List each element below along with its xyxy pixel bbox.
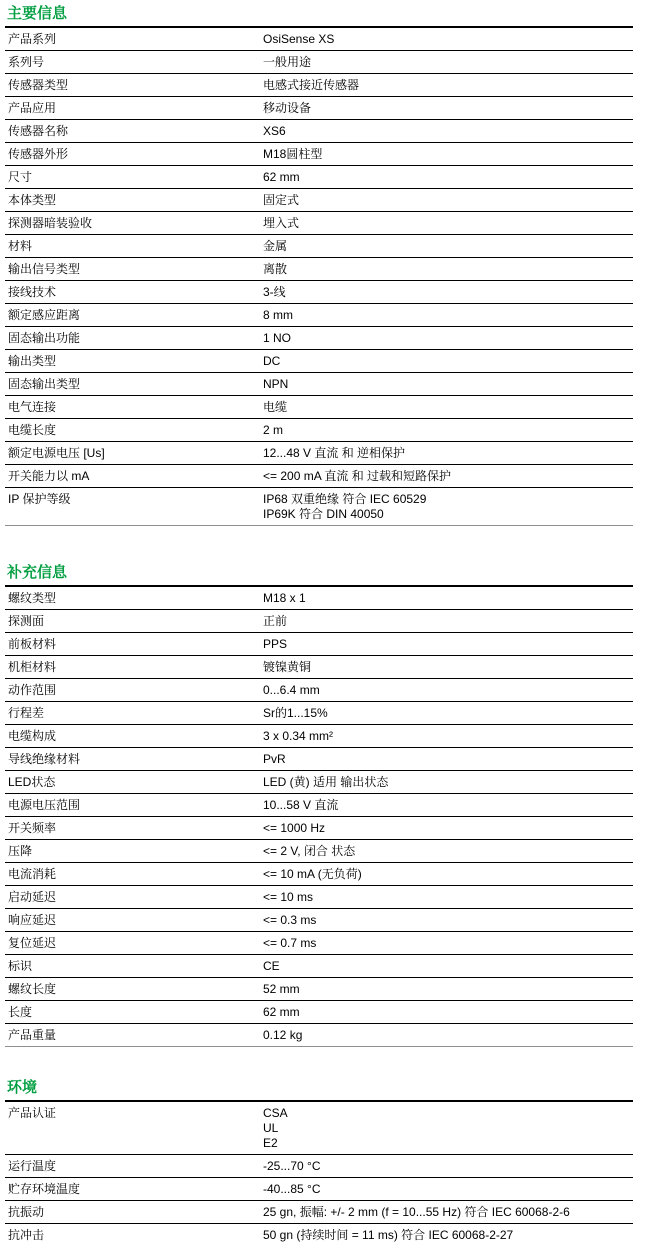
table-row: 动作范围0...6.4 mm: [5, 679, 633, 702]
spec-label: 电缆构成: [5, 725, 263, 748]
spec-label: 固态输出类型: [5, 373, 263, 396]
spec-label: 电缆长度: [5, 419, 263, 442]
table-row: 电气连接电缆: [5, 396, 633, 419]
spec-label: 额定感应距离: [5, 304, 263, 327]
spec-label: 标识: [5, 955, 263, 978]
table-row: 电流消耗<= 10 mA (无负荷): [5, 863, 633, 886]
spec-label: 导线绝缘材料: [5, 748, 263, 771]
spec-label: 前板材料: [5, 633, 263, 656]
spec-label: 输出信号类型: [5, 258, 263, 281]
section-main-info: 主要信息 产品系列OsiSense XS系列号一般用途传感器类型电感式接近传感器…: [5, 5, 633, 526]
spec-value: 0.12 kg: [263, 1024, 633, 1047]
spec-value: 3 x 0.34 mm²: [263, 725, 633, 748]
spec-label: 长度: [5, 1001, 263, 1024]
table-row: 传感器外形M18圆柱型: [5, 143, 633, 166]
spec-value: NPN: [263, 373, 633, 396]
spec-label: 传感器外形: [5, 143, 263, 166]
spec-value: IP68 双重绝缘 符合 IEC 60529 IP69K 符合 DIN 4005…: [263, 488, 633, 526]
section-environment: 环境 产品认证CSA UL E2运行温度-25...70 °C贮存环境温度-40…: [5, 1079, 633, 1246]
spec-value: <= 10 mA (无负荷): [263, 863, 633, 886]
spec-value: 埋入式: [263, 212, 633, 235]
spec-label: 压降: [5, 840, 263, 863]
table-row: 螺纹类型M18 x 1: [5, 587, 633, 610]
section-title-supplementary-info: 补充信息: [5, 564, 633, 587]
table-row: 材料金属: [5, 235, 633, 258]
table-row: LED状态LED (黄) 适用 输出状态: [5, 771, 633, 794]
spec-label: 探测器暗装验收: [5, 212, 263, 235]
table-row: 压降<= 2 V, 闭合 状态: [5, 840, 633, 863]
table-row: 电缆构成3 x 0.34 mm²: [5, 725, 633, 748]
spec-label: 电源电压范围: [5, 794, 263, 817]
table-row: 系列号一般用途: [5, 51, 633, 74]
section-title-environment: 环境: [5, 1079, 633, 1102]
spec-value: 50 gn (持续时间 = 11 ms) 符合 IEC 60068-2-27: [263, 1224, 633, 1247]
spec-value: 镀镍黄铜: [263, 656, 633, 679]
spec-label: 行程差: [5, 702, 263, 725]
spec-label: 抗冲击: [5, 1224, 263, 1247]
spec-label: 运行温度: [5, 1155, 263, 1178]
spec-label: 开关频率: [5, 817, 263, 840]
table-row: 螺纹长度52 mm: [5, 978, 633, 1001]
spec-label: 螺纹类型: [5, 587, 263, 610]
spec-table-environment: 产品认证CSA UL E2运行温度-25...70 °C贮存环境温度-40...…: [5, 1102, 633, 1246]
table-row: 抗振动25 gn, 振幅: +/- 2 mm (f = 10...55 Hz) …: [5, 1201, 633, 1224]
spec-value: DC: [263, 350, 633, 373]
spec-label: 材料: [5, 235, 263, 258]
spec-label: 产品重量: [5, 1024, 263, 1047]
section-title-main-info: 主要信息: [5, 5, 633, 28]
spec-label: 传感器类型: [5, 74, 263, 97]
spec-value: 2 m: [263, 419, 633, 442]
table-row: 探测面正前: [5, 610, 633, 633]
spec-value: CE: [263, 955, 633, 978]
spec-value: PPS: [263, 633, 633, 656]
spec-label: 本体类型: [5, 189, 263, 212]
table-row: 产品系列OsiSense XS: [5, 28, 633, 51]
table-row: 启动延迟<= 10 ms: [5, 886, 633, 909]
spec-value: 金属: [263, 235, 633, 258]
spec-value: 12...48 V 直流 和 逆相保护: [263, 442, 633, 465]
spec-value: 移动设备: [263, 97, 633, 120]
spec-label: 动作范围: [5, 679, 263, 702]
spec-value: <= 0.3 ms: [263, 909, 633, 932]
spec-value: M18圆柱型: [263, 143, 633, 166]
spec-value: Sr的1...15%: [263, 702, 633, 725]
spec-label: 接线技术: [5, 281, 263, 304]
table-row: 传感器名称XS6: [5, 120, 633, 143]
spec-value: OsiSense XS: [263, 28, 633, 51]
table-row: 产品重量0.12 kg: [5, 1024, 633, 1047]
table-row: 运行温度-25...70 °C: [5, 1155, 633, 1178]
spec-label: 固态输出功能: [5, 327, 263, 350]
spec-label: IP 保护等级: [5, 488, 263, 526]
table-row: 抗冲击50 gn (持续时间 = 11 ms) 符合 IEC 60068-2-2…: [5, 1224, 633, 1247]
spec-label: 探测面: [5, 610, 263, 633]
table-row: 开关能力以 mA<= 200 mA 直流 和 过载和短路保护: [5, 465, 633, 488]
spec-label: 贮存环境温度: [5, 1178, 263, 1201]
spec-label: 复位延迟: [5, 932, 263, 955]
spec-value: 62 mm: [263, 1001, 633, 1024]
table-row: 响应延迟<= 0.3 ms: [5, 909, 633, 932]
spec-value: 正前: [263, 610, 633, 633]
spec-value: <= 2 V, 闭合 状态: [263, 840, 633, 863]
spec-value: LED (黄) 适用 输出状态: [263, 771, 633, 794]
spec-label: 开关能力以 mA: [5, 465, 263, 488]
spec-table-main-info: 产品系列OsiSense XS系列号一般用途传感器类型电感式接近传感器产品应用移…: [5, 28, 633, 526]
spec-label: 响应延迟: [5, 909, 263, 932]
spec-label: 传感器名称: [5, 120, 263, 143]
table-row: 电源电压范围10...58 V 直流: [5, 794, 633, 817]
table-row: 额定电源电压 [Us]12...48 V 直流 和 逆相保护: [5, 442, 633, 465]
table-row: 输出信号类型离散: [5, 258, 633, 281]
table-row: 额定感应距离8 mm: [5, 304, 633, 327]
spec-value: 0...6.4 mm: [263, 679, 633, 702]
spec-value: 固定式: [263, 189, 633, 212]
spec-value: 电感式接近传感器: [263, 74, 633, 97]
table-row: 尺寸62 mm: [5, 166, 633, 189]
table-row: 开关频率<= 1000 Hz: [5, 817, 633, 840]
table-row: 电缆长度2 m: [5, 419, 633, 442]
spec-value: -25...70 °C: [263, 1155, 633, 1178]
spec-value: 8 mm: [263, 304, 633, 327]
spec-label: 产品应用: [5, 97, 263, 120]
spec-label: 尺寸: [5, 166, 263, 189]
table-row: 固态输出类型NPN: [5, 373, 633, 396]
table-row: 机柜材料镀镍黄铜: [5, 656, 633, 679]
table-row: 接线技术3-线: [5, 281, 633, 304]
table-row: 传感器类型电感式接近传感器: [5, 74, 633, 97]
spec-value: 10...58 V 直流: [263, 794, 633, 817]
table-row: 本体类型固定式: [5, 189, 633, 212]
spec-value: <= 0.7 ms: [263, 932, 633, 955]
spec-label: 螺纹长度: [5, 978, 263, 1001]
spec-label: 机柜材料: [5, 656, 263, 679]
spec-value: <= 1000 Hz: [263, 817, 633, 840]
table-row: 长度62 mm: [5, 1001, 633, 1024]
spec-value: 离散: [263, 258, 633, 281]
spec-value: 电缆: [263, 396, 633, 419]
table-row: 复位延迟<= 0.7 ms: [5, 932, 633, 955]
table-row: 导线绝缘材料PvR: [5, 748, 633, 771]
table-row: 贮存环境温度-40...85 °C: [5, 1178, 633, 1201]
spec-value: PvR: [263, 748, 633, 771]
spec-value: -40...85 °C: [263, 1178, 633, 1201]
spec-value: 25 gn, 振幅: +/- 2 mm (f = 10...55 Hz) 符合 …: [263, 1201, 633, 1224]
spec-value: 1 NO: [263, 327, 633, 350]
datasheet-page: 主要信息 产品系列OsiSense XS系列号一般用途传感器类型电感式接近传感器…: [0, 0, 647, 1256]
spec-value: 一般用途: [263, 51, 633, 74]
spec-label: 启动延迟: [5, 886, 263, 909]
table-row: 产品认证CSA UL E2: [5, 1102, 633, 1155]
table-row: 输出类型DC: [5, 350, 633, 373]
spec-label: 额定电源电压 [Us]: [5, 442, 263, 465]
spec-label: LED状态: [5, 771, 263, 794]
spec-value: <= 10 ms: [263, 886, 633, 909]
table-row: 行程差Sr的1...15%: [5, 702, 633, 725]
spec-table-supplementary-info: 螺纹类型M18 x 1探测面正前前板材料PPS机柜材料镀镍黄铜动作范围0...6…: [5, 587, 633, 1047]
table-row: 固态输出功能1 NO: [5, 327, 633, 350]
spec-value: M18 x 1: [263, 587, 633, 610]
table-row: 产品应用移动设备: [5, 97, 633, 120]
spec-label: 产品系列: [5, 28, 263, 51]
spec-label: 系列号: [5, 51, 263, 74]
spec-value: 3-线: [263, 281, 633, 304]
section-supplementary-info: 补充信息 螺纹类型M18 x 1探测面正前前板材料PPS机柜材料镀镍黄铜动作范围…: [5, 564, 633, 1047]
spec-label: 电流消耗: [5, 863, 263, 886]
spec-value: 62 mm: [263, 166, 633, 189]
table-row: 前板材料PPS: [5, 633, 633, 656]
spec-label: 产品认证: [5, 1102, 263, 1155]
spec-value: CSA UL E2: [263, 1102, 633, 1155]
spec-label: 电气连接: [5, 396, 263, 419]
table-row: IP 保护等级IP68 双重绝缘 符合 IEC 60529 IP69K 符合 D…: [5, 488, 633, 526]
table-row: 探测器暗装验收埋入式: [5, 212, 633, 235]
spec-label: 输出类型: [5, 350, 263, 373]
spec-value: 52 mm: [263, 978, 633, 1001]
spec-value: XS6: [263, 120, 633, 143]
spec-label: 抗振动: [5, 1201, 263, 1224]
spec-value: <= 200 mA 直流 和 过载和短路保护: [263, 465, 633, 488]
table-row: 标识CE: [5, 955, 633, 978]
